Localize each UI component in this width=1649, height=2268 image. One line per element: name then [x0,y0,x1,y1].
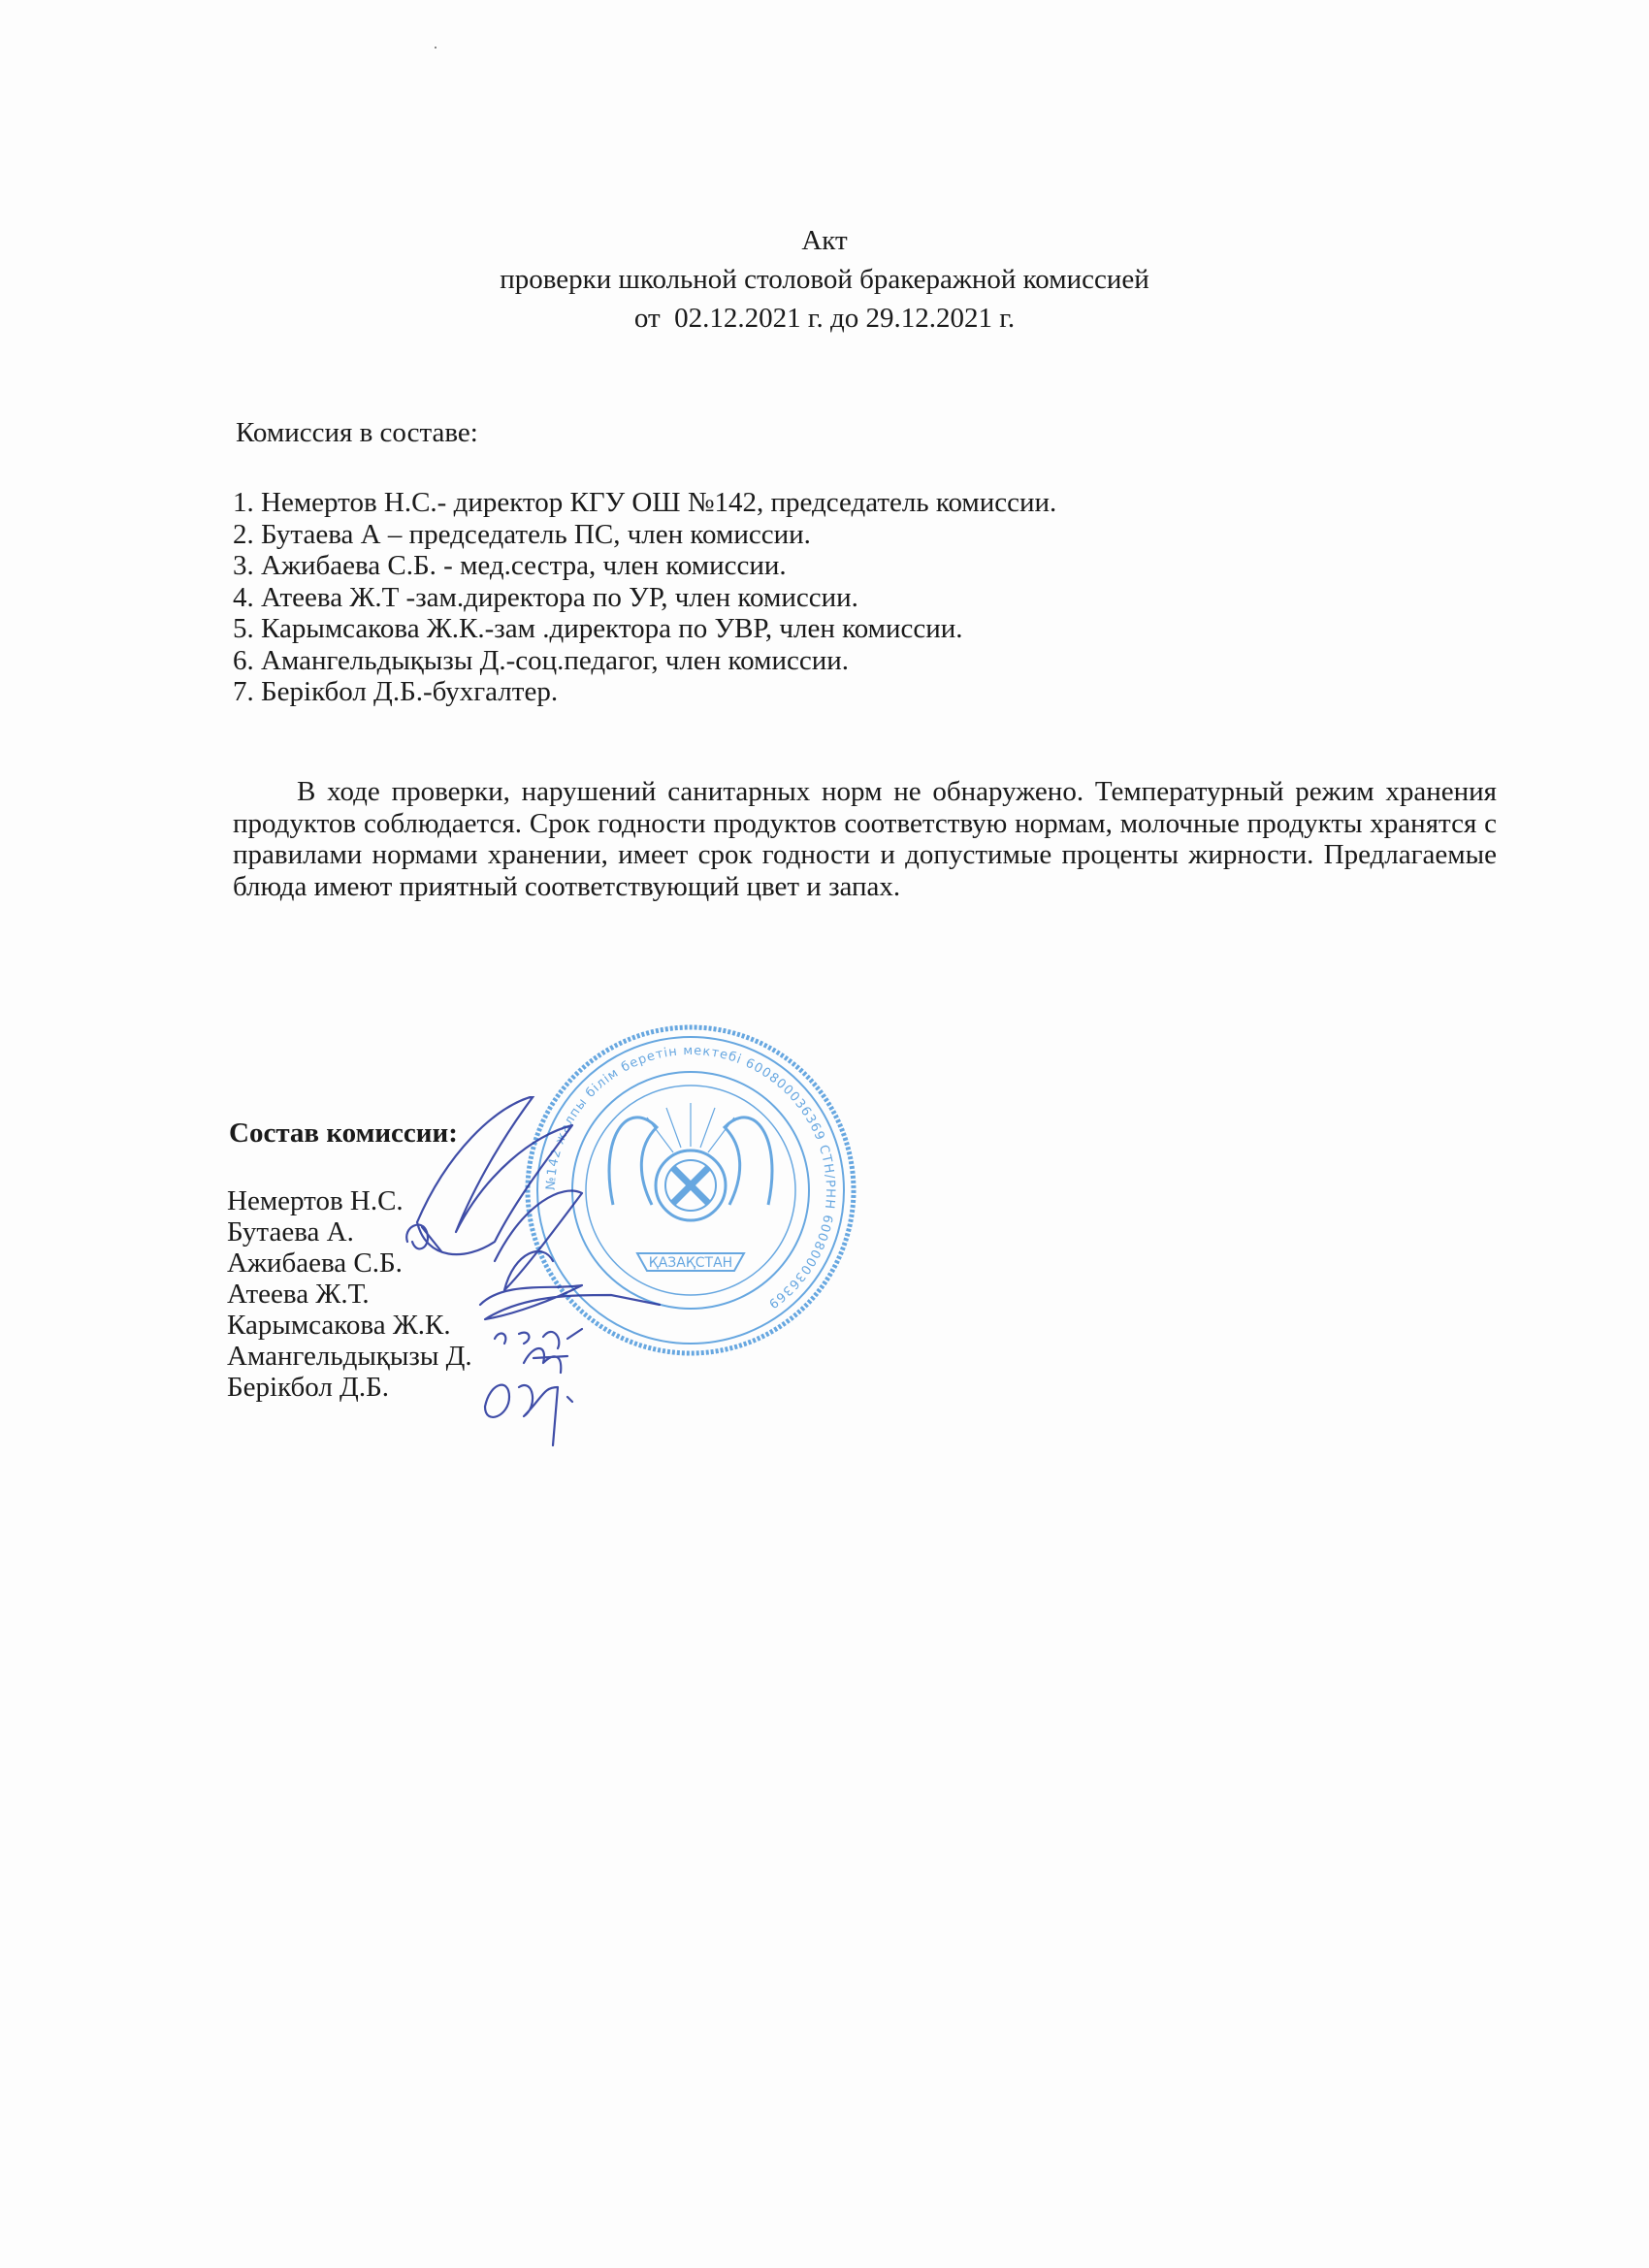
signatures-list: Немертов Н.С. Бутаева А. Ажибаева С.Б. А… [227,1185,472,1403]
signatory-name: Берікбол Д.Б. [227,1372,472,1403]
title-line-act: Акт [0,221,1649,260]
signatory-name: Амангельдықызы Д. [227,1341,472,1372]
member-item: 3. Ажибаева С.Б. - мед.сестра, член коми… [233,550,1056,582]
signatory-name: Немертов Н.С. [227,1185,472,1216]
scan-speck [435,47,436,49]
member-item: 5. Карымсакова Ж.К.-зам .директора по УВ… [233,613,1056,645]
signatures-heading: Состав комиссии: [229,1116,458,1150]
document-page: Акт проверки школьной столовой бракеражн… [0,0,1649,2268]
member-item: 7. Берікбол Д.Б.-бухгалтер. [233,676,1056,708]
member-item: 2. Бутаева А – председатель ПС, член ком… [233,519,1056,551]
signatory-name: Атеева Ж.Т. [227,1279,472,1310]
inspection-findings: В ходе проверки, нарушений санитарных но… [233,776,1497,902]
member-item: 4. Атеева Ж.Т -зам.директора по УР, член… [233,582,1056,614]
commission-members-list: 1. Немертов Н.С.- директор КГУ ОШ №142, … [233,487,1056,708]
signatory-name: Карымсакова Ж.К. [227,1310,472,1341]
title-line-period: от 02.12.2021 г. до 29.12.2021 г. [0,299,1649,338]
title-line-subject: проверки школьной столовой бракеражной к… [0,260,1649,299]
commission-intro: Комиссия в составе: [236,415,478,450]
signatory-name: Ажибаева С.Б. [227,1247,472,1279]
official-stamp-icon: ҚАЗАҚСТАН №142 жалпы білім беретін мекте… [521,1021,860,1360]
document-title: Акт проверки школьной столовой бракеражн… [0,221,1649,338]
svg-text:ҚАЗАҚСТАН: ҚАЗАҚСТАН [649,1255,732,1271]
member-item: 6. Амангельдықызы Д.-соц.педагог, член к… [233,645,1056,677]
signatory-name: Бутаева А. [227,1216,472,1247]
member-item: 1. Немертов Н.С.- директор КГУ ОШ №142, … [233,487,1056,519]
